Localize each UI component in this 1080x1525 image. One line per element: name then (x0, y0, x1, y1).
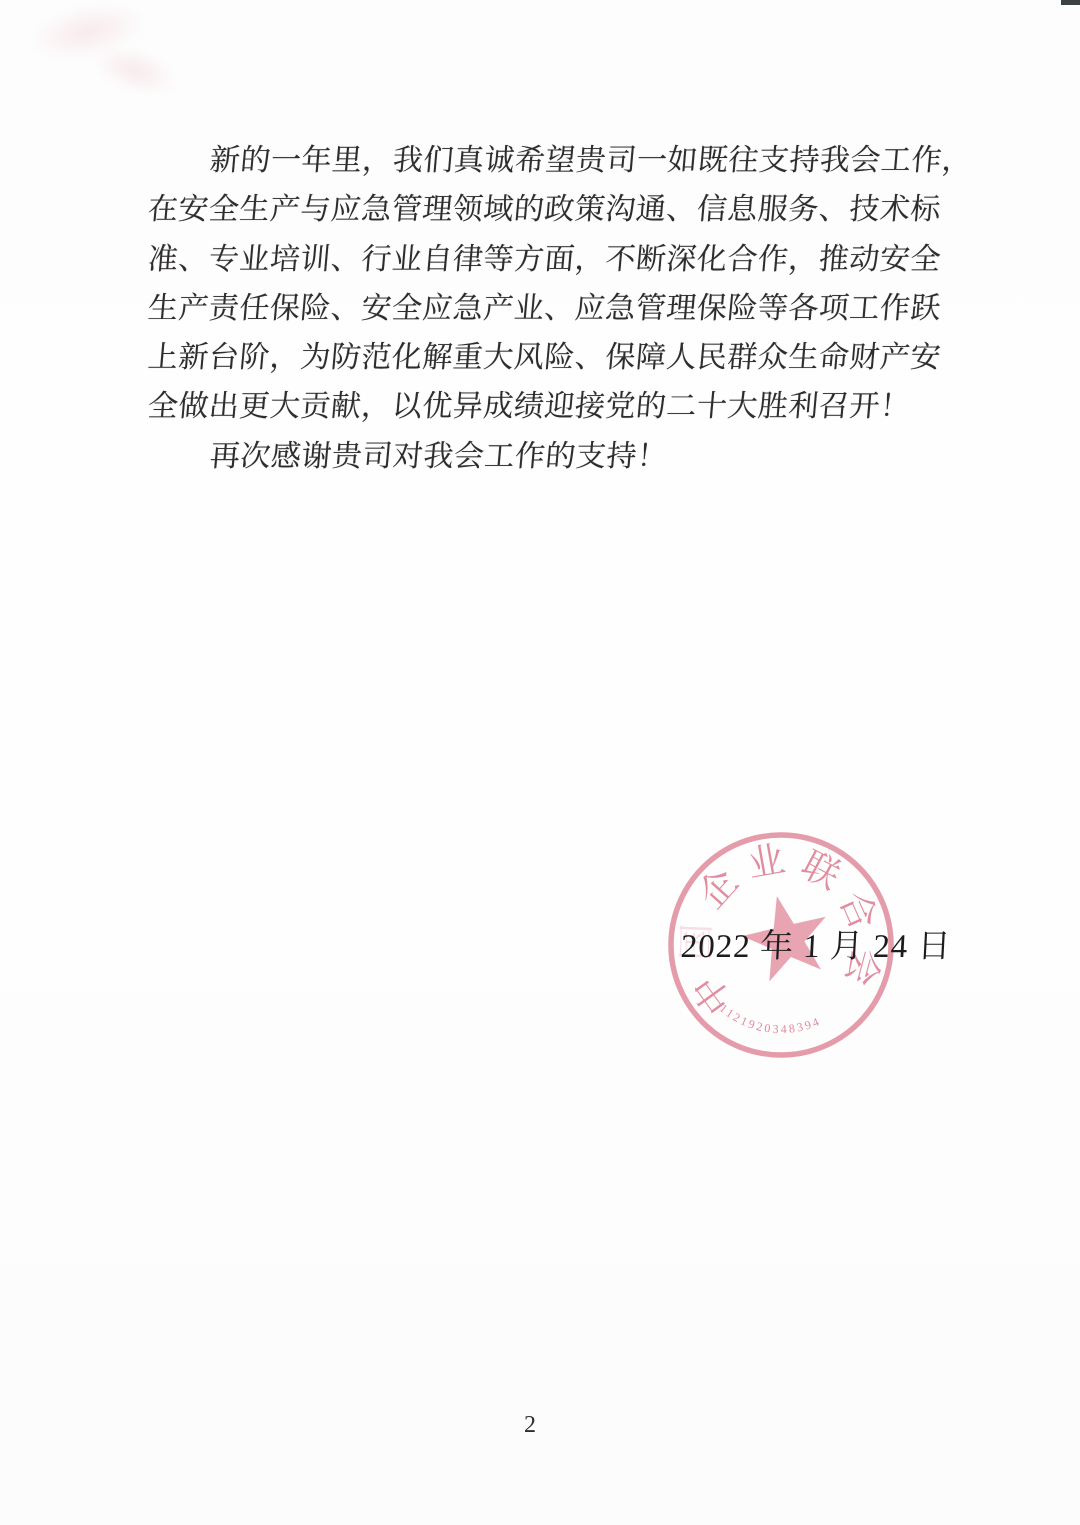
letter-body: 新的一年里，我们真诚希望贵司一如既往支持我会工作， 在安全生产与应急管理领域的政… (148, 136, 948, 481)
seal-ring-char: 业 (745, 839, 789, 886)
letter-line: 准、专业培训、行业自律等方面，不断深化合作，推动安全 (146, 235, 950, 284)
page-number: 2 (0, 1412, 1060, 1439)
letter-line: 上新台阶，为防范化解重大风险、保障人民群众生命财产安 (146, 333, 950, 382)
seal-serial-number: 1121920348394 (717, 1001, 823, 1036)
letter-line: 全做出更大贡献，以优异成绩迎接党的二十大胜利召开！ (146, 382, 950, 431)
scanned-letter-page: 新的一年里，我们真诚希望贵司一如既往支持我会工作， 在安全生产与应急管理领域的政… (0, 0, 1080, 1525)
letter-date: 2022 年 1 月 24 日 (680, 920, 953, 967)
letter-line: 新的一年里，我们真诚希望贵司一如既往支持我会工作， (146, 136, 950, 185)
letter-line: 生产责任保险、安全应急产业、应急管理保险等各项工作跃 (146, 284, 950, 333)
letter-closing-line: 再次感谢贵司对我会工作的支持！ (146, 432, 950, 481)
scan-corner-artifact (1061, 0, 1080, 5)
letter-line: 在安全生产与应急管理领域的政策沟通、信息服务、技术标 (146, 185, 950, 234)
